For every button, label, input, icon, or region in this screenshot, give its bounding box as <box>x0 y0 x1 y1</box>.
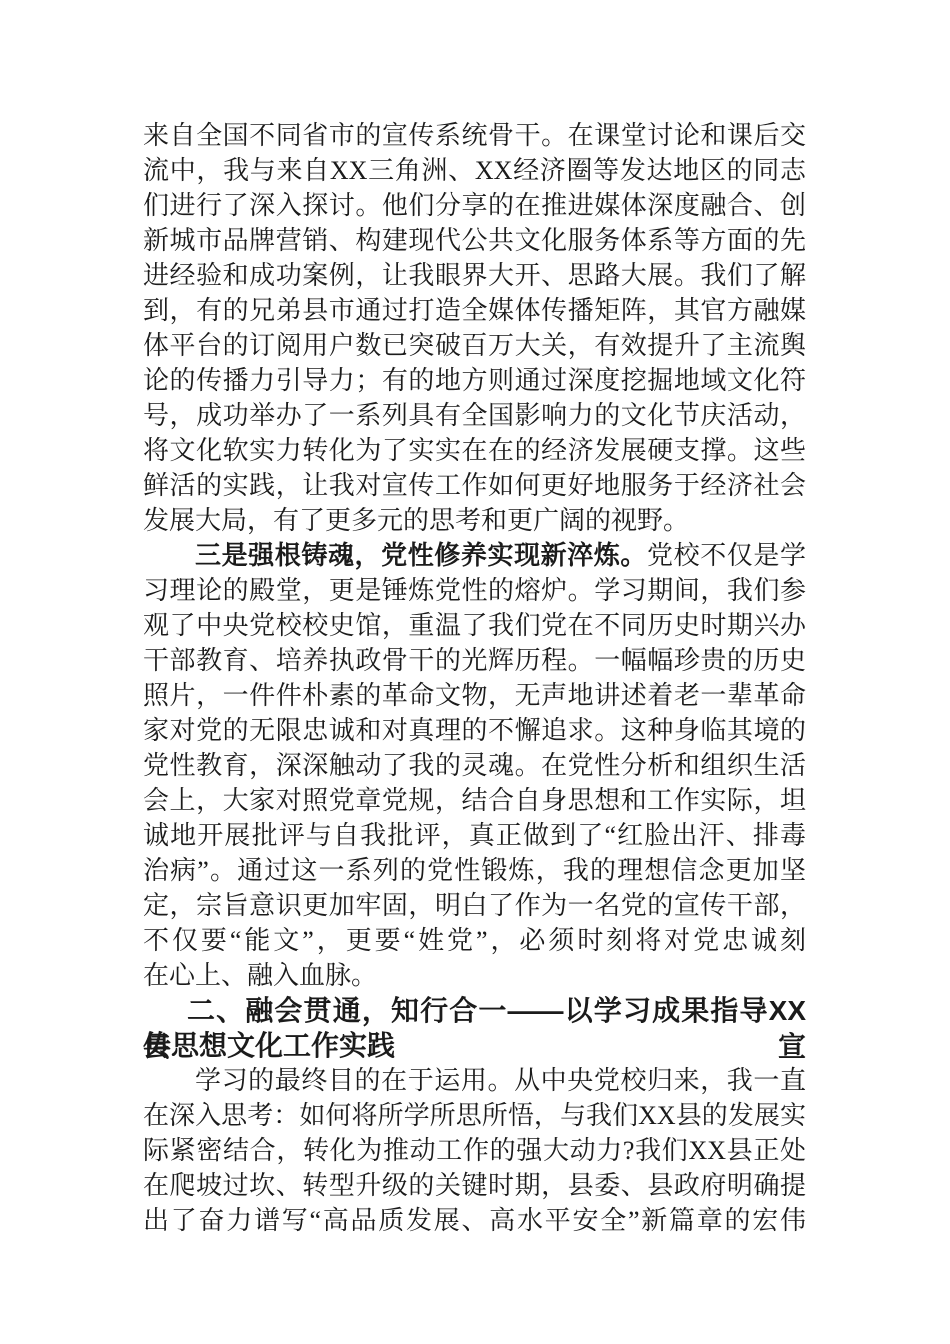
text-line-16: 干部教育、培养执政骨干的光辉历程。一幅幅珍贵的历史 <box>143 643 806 678</box>
body-text: 党校不仅是学 <box>647 541 806 570</box>
text-line-22: 治病”。通过这一系列的党性锻炼，我的理想信念更加坚 <box>143 853 806 888</box>
text-line-26: 二、融会贯通，知行合一——以学习成果指导XX县宣 <box>143 993 806 1028</box>
body-text: 号，成功举办了一系列具有全国影响力的文化节庆活动， <box>143 401 806 430</box>
body-text: 学习的最终目的在于运用。从中央党校归来，我一直 <box>195 1066 806 1095</box>
body-text: 来自全国不同省市的宣传系统骨干。在课堂讨论和课后交 <box>143 121 806 150</box>
text-line-7: 体平台的订阅用户数已突破百万大关，有效提升了主流舆 <box>143 328 806 363</box>
body-text: 照片，一件件朴素的革命文物，无声地讲述着老一辈革命 <box>143 681 806 710</box>
text-line-14: 习理论的殿堂，更是锤炼党性的熔炉。学习期间，我们参 <box>143 573 806 608</box>
text-line-31: 在爬坡过坎、转型升级的关键时期，县委、县政府明确提 <box>143 1168 806 1203</box>
text-line-2: 流中，我与来自XX三角洲、XX经济圈等发达地区的同志 <box>143 153 806 188</box>
text-line-21: 诚地开展批评与自我批评，真正做到了“红脸出汗、排毒 <box>143 818 806 853</box>
body-text: 论的传播力引导力；有的地方则通过深度挖掘地域文化符 <box>143 366 806 395</box>
body-text: 治病”。通过这一系列的党性锻炼，我的理想信念更加坚 <box>143 856 806 885</box>
text-line-13: 三是强根铸魂，党性修养实现新淬炼。党校不仅是学 <box>143 538 806 573</box>
body-text: 党性教育，深深触动了我的灵魂。在党性分析和组织生活 <box>143 751 806 780</box>
document-page: 来自全国不同省市的宣传系统骨干。在课堂讨论和课后交流中，我与来自XX三角洲、XX… <box>0 0 950 1344</box>
heading-text: 传思想文化工作实践 <box>143 1030 395 1061</box>
body-text: 干部教育、培养执政骨干的光辉历程。一幅幅珍贵的历史 <box>143 646 806 675</box>
body-text: 习理论的殿堂，更是锤炼党性的熔炉。学习期间，我们参 <box>143 576 806 605</box>
body-text: 新城市品牌营销、构建现代公共文化服务体系等方面的先 <box>143 226 806 255</box>
body-text: 诚地开展批评与自我批评，真正做到了“红脸出汗、排毒 <box>143 821 806 850</box>
text-line-9: 号，成功举办了一系列具有全国影响力的文化节庆活动， <box>143 398 806 433</box>
body-text: 观了中央党校校史馆，重温了我们党在不同历史时期兴办 <box>143 611 806 640</box>
body-text: 体平台的订阅用户数已突破百万大关，有效提升了主流舆 <box>143 331 806 360</box>
text-line-10: 将文化软实力转化为了实实在在的经济发展硬支撑。这些 <box>143 433 806 468</box>
body-text: 在爬坡过坎、转型升级的关键时期，县委、县政府明确提 <box>143 1171 806 1200</box>
body-text: 在心上、融入血脉。 <box>143 961 377 990</box>
body-text: 将文化软实力转化为了实实在在的经济发展硬支撑。这些 <box>143 436 806 465</box>
text-line-5: 进经验和成功案例，让我眼界大开、思路大展。我们了解 <box>143 258 806 293</box>
text-line-19: 党性教育，深深触动了我的灵魂。在党性分析和组织生活 <box>143 748 806 783</box>
text-line-20: 会上，大家对照党章党规，结合自身思想和工作实际，坦 <box>143 783 806 818</box>
text-line-11: 鲜活的实践，让我对宣传工作如何更好地服务于经济社会 <box>143 468 806 503</box>
text-line-30: 际紧密结合，转化为推动工作的强大动力?我们XX县正处 <box>143 1133 806 1168</box>
bold-lead-text: 三是强根铸魂，党性修养实现新淬炼。 <box>195 541 647 570</box>
text-line-6: 到，有的兄弟县市通过打造全媒体传播矩阵，其官方融媒 <box>143 293 806 328</box>
text-line-4: 新城市品牌营销、构建现代公共文化服务体系等方面的先 <box>143 223 806 258</box>
body-text: 进经验和成功案例，让我眼界大开、思路大展。我们了解 <box>143 261 806 290</box>
text-line-1: 来自全国不同省市的宣传系统骨干。在课堂讨论和课后交 <box>143 118 806 153</box>
body-text: 会上，大家对照党章党规，结合自身思想和工作实际，坦 <box>143 786 806 815</box>
text-line-32: 出了奋力谱写“高品质发展、高水平安全”新篇章的宏伟 <box>143 1203 806 1238</box>
body-text: 定，宗旨意识更加牢固，明白了作为一名党的宣传干部， <box>143 891 806 920</box>
body-text: 际紧密结合，转化为推动工作的强大动力?我们XX县正处 <box>143 1136 806 1165</box>
body-text: 发展大局，有了更多元的思考和更广阔的视野。 <box>143 506 689 535</box>
body-text: 到，有的兄弟县市通过打造全媒体传播矩阵，其官方融媒 <box>143 296 806 325</box>
body-text: 家对党的无限忠诚和对真理的不懈追求。这种身临其境的 <box>143 716 806 745</box>
text-line-12: 发展大局，有了更多元的思考和更广阔的视野。 <box>143 503 806 538</box>
body-text: 们进行了深入探讨。他们分享的在推进媒体深度融合、创 <box>143 191 806 220</box>
text-line-17: 照片，一件件朴素的革命文物，无声地讲述着老一辈革命 <box>143 678 806 713</box>
text-line-18: 家对党的无限忠诚和对真理的不懈追求。这种身临其境的 <box>143 713 806 748</box>
body-text: 鲜活的实践，让我对宣传工作如何更好地服务于经济社会 <box>143 471 806 500</box>
text-line-24: 不仅要“能文”，更要“姓党”，必须时刻将对党忠诚刻 <box>143 923 806 958</box>
text-line-25: 在心上、融入血脉。 <box>143 958 806 993</box>
text-line-23: 定，宗旨意识更加牢固，明白了作为一名党的宣传干部， <box>143 888 806 923</box>
text-line-28: 学习的最终目的在于运用。从中央党校归来，我一直 <box>143 1063 806 1098</box>
body-text: 不仅要“能文”，更要“姓党”，必须时刻将对党忠诚刻 <box>143 926 806 955</box>
body-text: 出了奋力谱写“高品质发展、高水平安全”新篇章的宏伟 <box>143 1206 806 1235</box>
text-line-8: 论的传播力引导力；有的地方则通过深度挖掘地域文化符 <box>143 363 806 398</box>
text-line-29: 在深入思考：如何将所学所思所悟，与我们XX县的发展实 <box>143 1098 806 1133</box>
body-text: 在深入思考：如何将所学所思所悟，与我们XX县的发展实 <box>143 1101 806 1130</box>
body-text: 流中，我与来自XX三角洲、XX经济圈等发达地区的同志 <box>143 156 806 185</box>
text-line-3: 们进行了深入探讨。他们分享的在推进媒体深度融合、创 <box>143 188 806 223</box>
document-text: 来自全国不同省市的宣传系统骨干。在课堂讨论和课后交流中，我与来自XX三角洲、XX… <box>143 118 806 1238</box>
text-line-15: 观了中央党校校史馆，重温了我们党在不同历史时期兴办 <box>143 608 806 643</box>
